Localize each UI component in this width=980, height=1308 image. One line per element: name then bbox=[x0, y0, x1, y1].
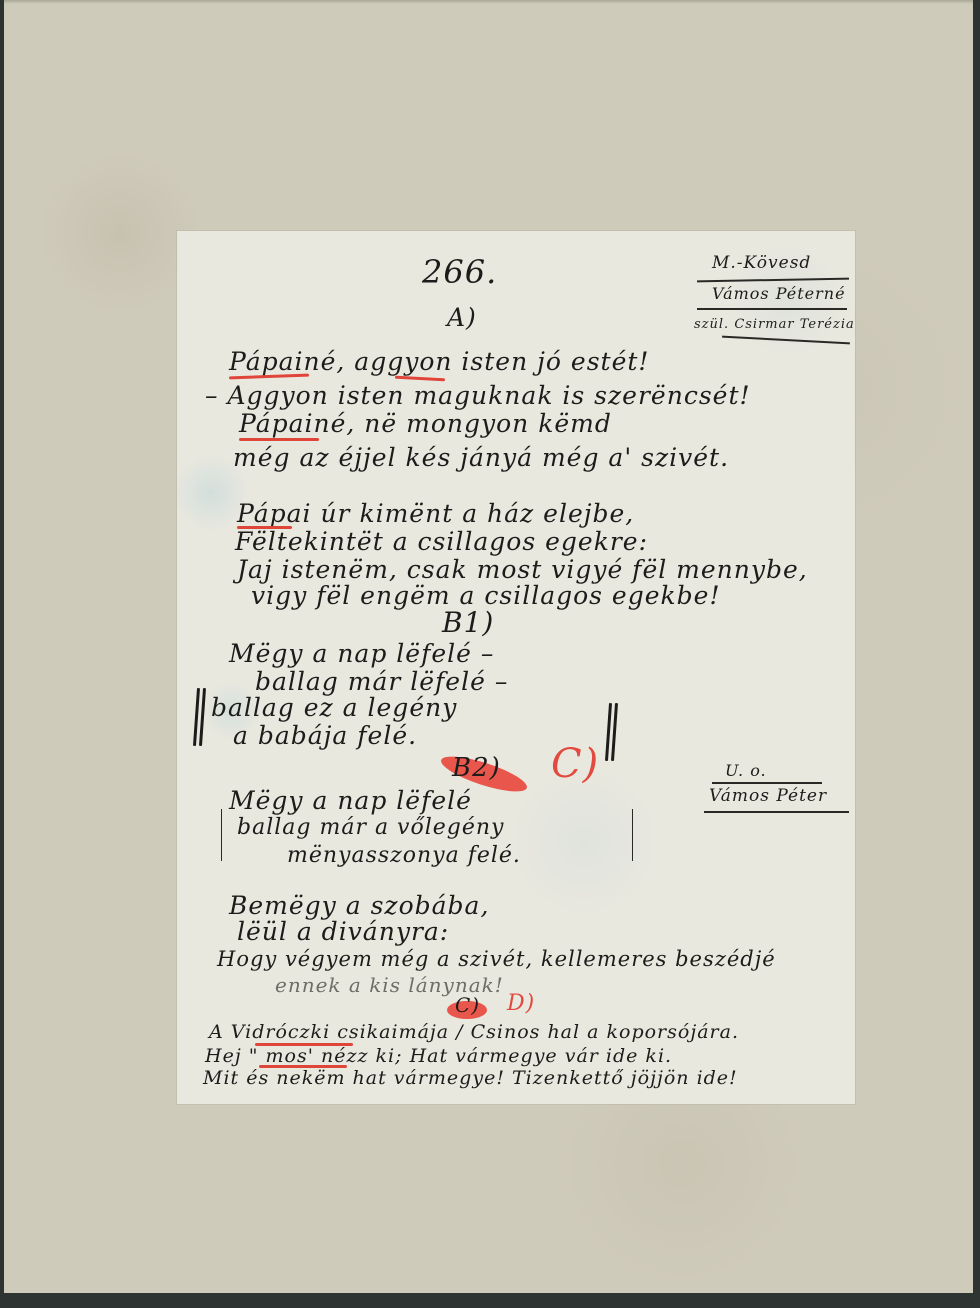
attribution-rule bbox=[722, 336, 850, 344]
verse-line: Bemëgy a szobába, bbox=[229, 891, 489, 920]
section-a-label: A) bbox=[447, 303, 477, 332]
verse-line: Hej " mos' nézz ki; Hat vármegye vár ide… bbox=[205, 1045, 672, 1067]
verse-line: Pápai úr kimënt a ház elejbe, bbox=[237, 499, 634, 528]
attribution-place: M.-Kövesd bbox=[712, 253, 811, 273]
verse-line: Mëgy a nap lëfelé – bbox=[229, 639, 494, 668]
verse-line: Jaj istenëm, csak most vigyé fël mennybe… bbox=[237, 555, 808, 584]
red-underline bbox=[239, 438, 319, 441]
verse-line: mënyasszonya felé. bbox=[287, 843, 521, 868]
verse-line: Hogy végyem még a szivét, kellemeres bes… bbox=[217, 947, 776, 971]
section-b2-label: B2) bbox=[452, 753, 501, 783]
verse-line: Pápainé, në mongyon këmd bbox=[239, 409, 612, 438]
verse-line: ballag ez a legény bbox=[211, 693, 457, 722]
verse-line: A Vidróczki csikaimája / Csinos hal a ko… bbox=[209, 1021, 739, 1043]
page-number: 266. bbox=[422, 253, 497, 291]
section-b1-label: B1) bbox=[442, 606, 494, 639]
attribution-mid-performer: Vámos Péter bbox=[709, 786, 827, 806]
attribution-performer: Vámos Péterné bbox=[712, 284, 846, 303]
attribution-maiden-name: szül. Csirmar Terézia bbox=[694, 317, 855, 332]
verse-line: Mit és nekëm hat vármegye! Tizenkettő jö… bbox=[203, 1067, 738, 1089]
attribution-rule bbox=[712, 782, 822, 784]
verse-line: ballag már lëfelé – bbox=[255, 667, 508, 696]
verse-line: lëül a diványra: bbox=[237, 917, 449, 946]
verse-line: Fëltekintët a csillagos egekre: bbox=[235, 527, 648, 556]
verse-line: még az éjjel kés jányá még a' szivét. bbox=[233, 443, 729, 472]
attribution-mid-place: U. o. bbox=[725, 761, 767, 780]
verse-line: ballag már a vőlegény bbox=[237, 815, 505, 840]
verse-line: Pápainé, aggyon isten jó estét! bbox=[229, 347, 649, 376]
attribution-rule bbox=[697, 278, 849, 282]
section-d-red-label: D) bbox=[507, 991, 535, 1016]
attribution-rule bbox=[704, 811, 849, 813]
manuscript-sheet: 266. A) M.-Kövesd Vámos Péterné szül. Cs… bbox=[177, 231, 855, 1104]
repeat-bar bbox=[199, 688, 206, 746]
verse-line: a babája felé. bbox=[233, 721, 417, 750]
section-c-label: C) bbox=[455, 993, 480, 1017]
mount-edge bbox=[4, 0, 973, 4]
attribution-rule bbox=[697, 308, 847, 310]
verse-line: – Aggyon isten maguknak is szerëncsét! bbox=[205, 381, 751, 410]
section-c-red-label: C) bbox=[551, 741, 599, 787]
repeat-bar bbox=[611, 703, 618, 761]
